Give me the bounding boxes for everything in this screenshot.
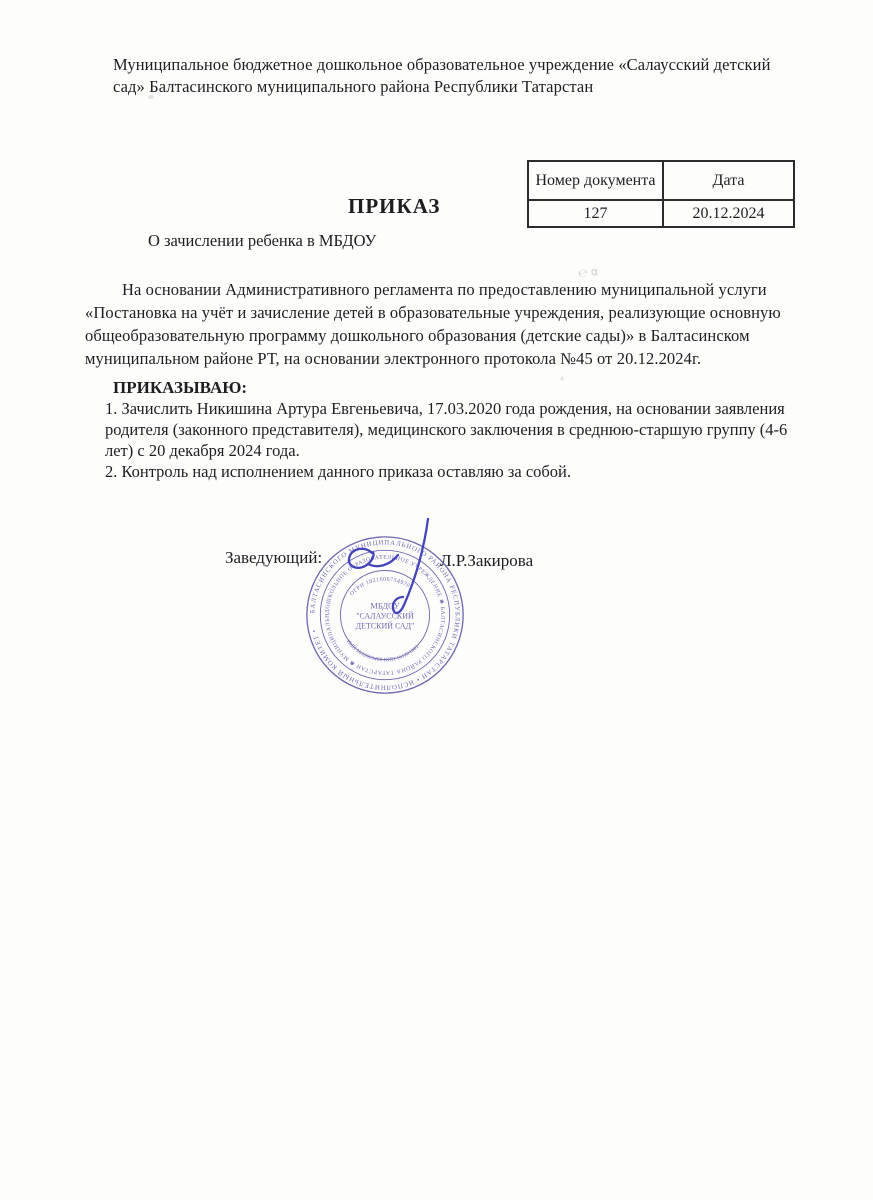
order-label: ПРИКАЗЫВАЮ: — [113, 378, 247, 398]
doc-number-value: 127 — [528, 200, 663, 227]
org-header: Муниципальное бюджетное дошкольное образ… — [113, 54, 781, 97]
table-value-row: 127 20.12.2024 — [528, 200, 794, 227]
doc-number-table: Номер документа Дата 127 20.12.2024 — [527, 160, 795, 228]
order-item-1: 1. Зачислить Никишина Артура Евгеньевича… — [105, 398, 817, 461]
doc-date-header-cell: Дата — [663, 161, 794, 200]
order-item-2: 2. Контроль над исполнением данного прик… — [105, 461, 817, 482]
scan-artifact-mark: ℮ ⍺ — [577, 265, 599, 281]
doc-subject: О зачислении ребенка в МБДОУ — [148, 231, 376, 251]
table-header-row: Номер документа Дата — [528, 161, 794, 200]
scanned-order-page: Муниципальное бюджетное дошкольное образ… — [0, 0, 873, 1200]
scan-artifact-speck — [148, 95, 154, 99]
handwritten-signature — [320, 505, 470, 655]
signature-svg — [320, 505, 470, 655]
page-title: ПРИКАЗ — [348, 194, 440, 219]
doc-number-header-cell: Номер документа — [528, 161, 663, 200]
preamble-paragraph: На основании Административного регламент… — [85, 278, 809, 370]
scan-artifact-mark: ⁴ — [560, 376, 564, 387]
order-items: 1. Зачислить Никишина Артура Евгеньевича… — [105, 398, 817, 482]
doc-date-value: 20.12.2024 — [663, 200, 794, 227]
